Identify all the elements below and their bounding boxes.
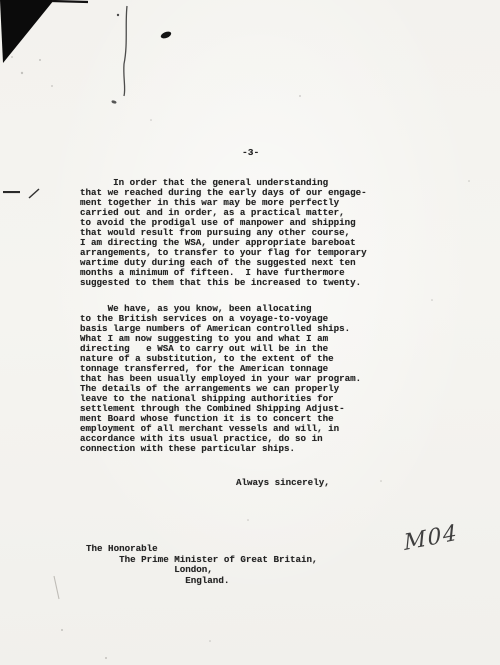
faint-scratch bbox=[54, 576, 59, 599]
recipient-address-block: The Honorable The Prime Minister of Grea… bbox=[86, 544, 318, 586]
speck bbox=[117, 14, 119, 16]
letter-paragraph-1: In order that the general understanding … bbox=[80, 178, 367, 288]
margin-check-mark bbox=[29, 189, 39, 198]
handwritten-annotation: M04 bbox=[403, 520, 459, 556]
scanned-letter-page: -3- In order that the general understand… bbox=[0, 0, 500, 665]
page-number: -3- bbox=[242, 148, 259, 158]
corner-fold-artifact bbox=[0, 0, 54, 63]
margin-dash-mark bbox=[3, 191, 20, 193]
top-edge-mark bbox=[52, 1, 88, 2]
ink-blob bbox=[160, 30, 172, 39]
letter-paragraph-2: We have, as you know, been allocating to… bbox=[80, 304, 361, 454]
vertical-scratch-mark bbox=[124, 6, 127, 96]
smudge-mark bbox=[111, 100, 117, 104]
complimentary-closing: Always sincerely, bbox=[236, 478, 330, 488]
